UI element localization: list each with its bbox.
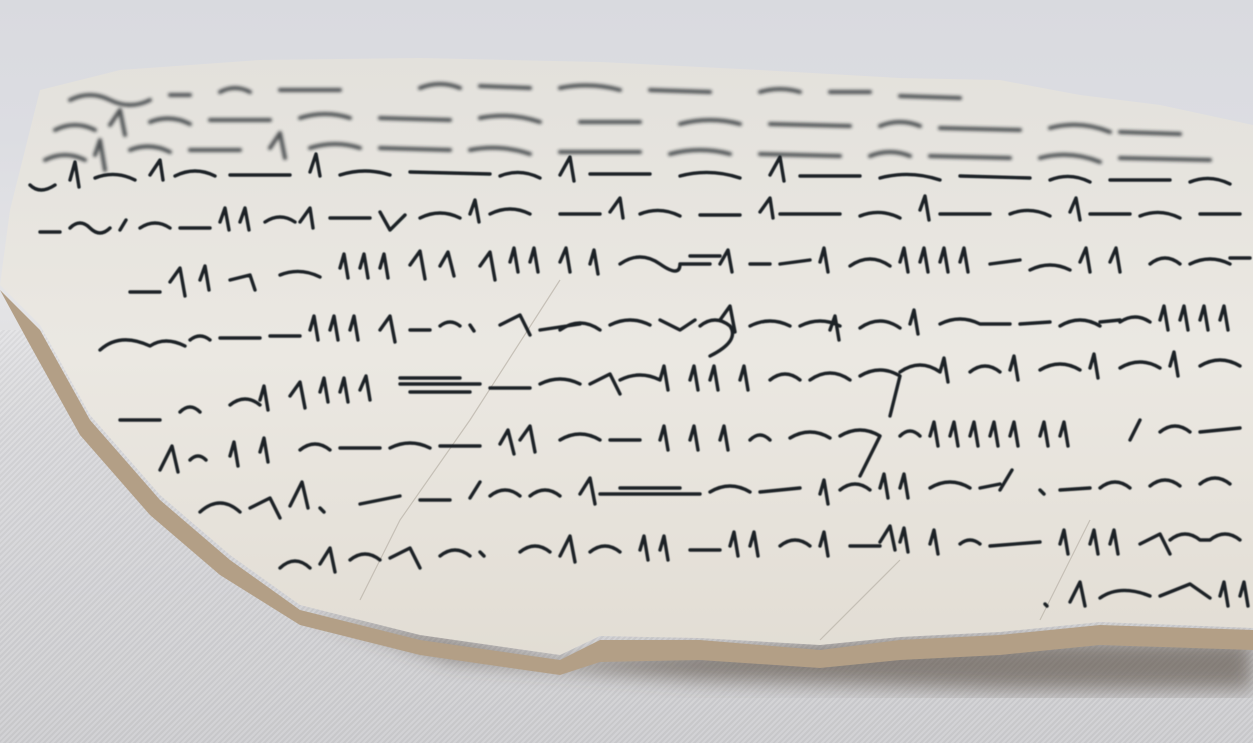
ostracon-fragment	[0, 0, 1253, 743]
fragment-surface	[0, 58, 1253, 655]
